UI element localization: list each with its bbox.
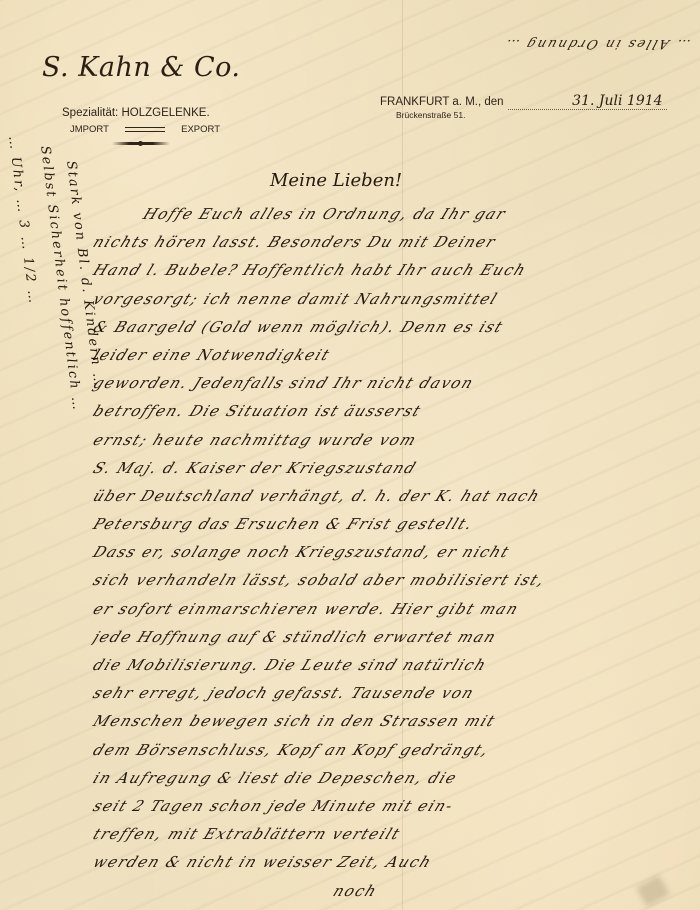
letter-line: er sofort einmarschieren werde. Hier gib… — [88, 595, 699, 623]
ornament-divider-icon — [112, 142, 170, 145]
firm-name: S. Kahn & Co. — [42, 52, 240, 83]
letter-line: geworden. Jedenfalls sind Ihr nicht davo… — [88, 369, 699, 397]
letter-body: Hoffe Euch alles in Ordnung, da Ihr gar … — [94, 200, 694, 905]
letter-line: die Mobilisierung. Die Leute sind natürl… — [88, 651, 699, 679]
letter-line: Petersburg das Ersuchen & Frist gestellt… — [88, 510, 699, 538]
letter-line: in Aufregung & liest die Depeschen, die — [88, 764, 699, 792]
letter-line: Hoffe Euch alles in Ordnung, da Ihr gar — [88, 200, 699, 228]
letter-line: S. Maj. d. Kaiser der Kriegszustand — [88, 454, 699, 482]
letter-line: treffen, mit Extrablättern verteilt — [88, 820, 699, 848]
letter-line: leider eine Notwendigkeit — [88, 341, 699, 369]
letter-line: vorgesorgt; ich nenne damit Nahrungsmitt… — [88, 285, 699, 313]
place-prefix: FRANKFURT a. M., den — [380, 96, 504, 108]
letter-line: Dass er, solange noch Kriegszustand, er … — [88, 538, 699, 566]
import-export-line: JMPORT EXPORT — [70, 124, 220, 135]
double-rule-divider — [125, 127, 165, 132]
street-address: Brückenstraße 51. — [396, 110, 465, 120]
letter-line: nichts hören lasst. Besonders Du mit Dei… — [88, 228, 699, 256]
handwritten-date: 31. Juli 1914 — [508, 93, 667, 110]
letter-line: dem Börsenschluss, Kopf an Kopf gedrängt… — [88, 736, 699, 764]
import-label: JMPORT — [70, 124, 109, 135]
letter-line: über Deutschland verhängt, d. h. der K. … — [88, 482, 699, 510]
letter-line: sich verhandeln lässt, sobald aber mobil… — [88, 566, 699, 594]
letter-line: Menschen bewegen sich in den Strassen mi… — [88, 707, 699, 735]
firm-specialty: Spezialität: HOLZGELENKE. — [62, 107, 210, 119]
letter-catchword: noch — [88, 877, 699, 905]
letter-line: Hand l. Bubele? Hoffentlich habt Ihr auc… — [88, 256, 699, 284]
letter-line: seit 2 Tagen schon jede Minute mit ein- — [88, 792, 699, 820]
salutation: Meine Lieben! — [270, 170, 402, 191]
letter-line: werden & nicht in weisser Zeit, Auch — [88, 848, 699, 876]
letter-line: & Baargeld (Gold wenn möglich). Denn es … — [88, 313, 699, 341]
margin-note: … Uhr, … 3 … 1/2 … — [5, 135, 41, 306]
letter-page: S. Kahn & Co. Spezialität: HOLZGELENKE. … — [0, 0, 700, 910]
letter-line: betroffen. Die Situation ist äusserst — [88, 397, 699, 425]
place-date-line: FRANKFURT a. M., den 31. Juli 1914 — [380, 93, 667, 110]
letter-line: jede Hoffnung auf & stündlich erwartet m… — [88, 623, 699, 651]
export-label: EXPORT — [181, 124, 220, 135]
upside-down-note: … Alles in Ordnung … — [328, 36, 693, 51]
letter-line: ernst; heute nachmittag wurde vom — [88, 426, 699, 454]
letter-line: sehr erregt, jedoch gefasst. Tausende vo… — [88, 679, 699, 707]
